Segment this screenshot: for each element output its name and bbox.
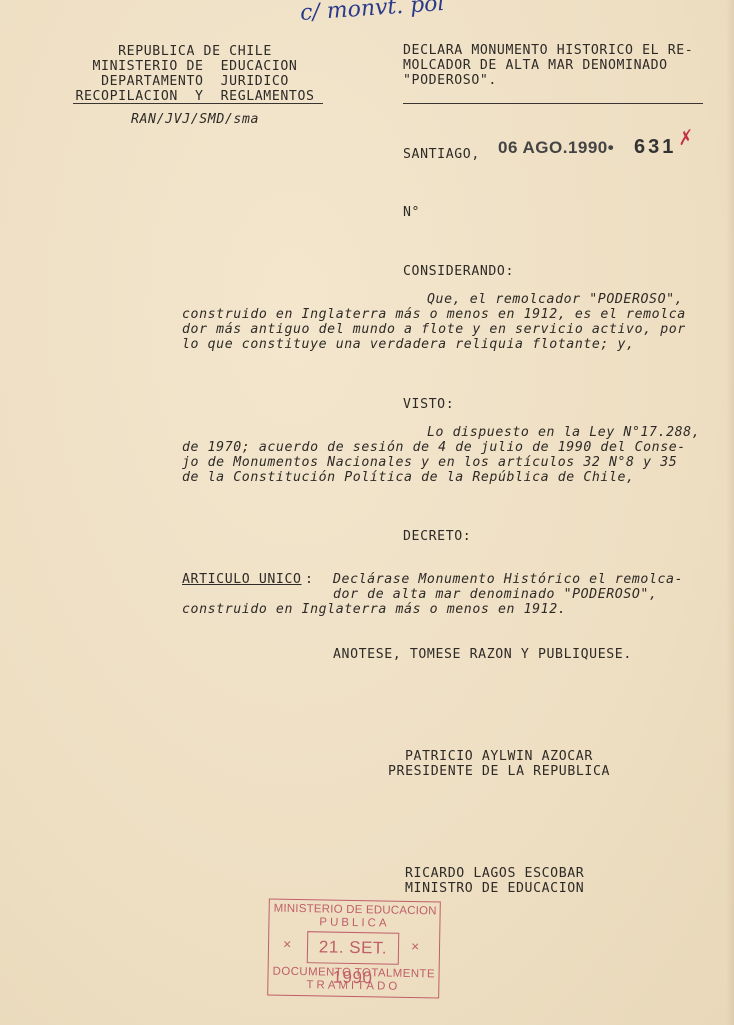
signatory-title: PRESIDENTE DE LA REPUBLICA	[388, 764, 610, 779]
visto-line: de 1970; acuerdo de sesión de 4 de julio…	[182, 440, 686, 455]
header-underline	[73, 103, 323, 104]
subject-line-3: "PODEROSO".	[403, 73, 497, 88]
date-stamp: 06 AGO.1990•	[498, 138, 614, 158]
number-label: N°	[403, 205, 420, 220]
subject-line-1: DECLARA MONUMENTO HISTORICO EL RE-	[403, 43, 693, 58]
article-separator: :	[305, 572, 314, 587]
visto-line: jo de Monumentos Nacionales y en los art…	[182, 455, 677, 470]
visto-line: de la Constitución Política de la Repúbl…	[182, 470, 635, 485]
article-line: construido en Inglaterra más o menos en …	[182, 602, 566, 617]
reference-initials: RAN/JVJ/SMD/sma	[60, 112, 330, 127]
stamp-x-icon: ×	[411, 938, 419, 954]
stamp-date: 21. SET. 1990	[307, 931, 400, 965]
visto-line: Lo dispuesto en la Ley N°17.288,	[427, 425, 700, 440]
signatory-name: RICARDO LAGOS ESCOBAR	[405, 866, 584, 881]
decreto-heading: DECRETO:	[403, 529, 471, 544]
stamp-tramitado: TRAMITADO	[268, 979, 438, 994]
considerando-line: lo que constituye una verdadera reliquia…	[182, 337, 635, 352]
document-page	[0, 0, 734, 1025]
visto-heading: VISTO:	[403, 397, 454, 412]
considerando-line: Que, el remolcador "PODEROSO",	[427, 292, 683, 307]
place-label: SANTIAGO,	[403, 147, 480, 162]
signatory-title: MINISTRO DE EDUCACION	[405, 881, 584, 896]
header-line-compilation: RECOPILACION Y REGLAMENTOS	[60, 89, 330, 104]
header-line-department: DEPARTAMENTO JURIDICO	[60, 74, 330, 89]
article-label: ARTICULO UNICO	[182, 572, 302, 587]
signatory-name: PATRICIO AYLWIN AZOCAR	[405, 749, 593, 764]
considerando-line: dor más antiguo del mundo a flote y en s…	[182, 322, 686, 337]
stamp-publica: PUBLICA	[269, 916, 439, 931]
processed-stamp: MINISTERIO DE EDUCACION PUBLICA × 21. SE…	[267, 899, 441, 999]
subject-rule	[403, 103, 703, 104]
considerando-heading: CONSIDERANDO:	[403, 264, 514, 279]
closing-formula: ANOTESE, TOMESE RAZON Y PUBLIQUESE.	[333, 647, 632, 662]
decree-number-stamp: 631	[634, 136, 676, 159]
stamp-x-icon: ×	[283, 936, 291, 952]
considerando-line: construido en Inglaterra más o menos en …	[182, 307, 686, 322]
subject-line-2: MOLCADOR DE ALTA MAR DENOMINADO	[403, 58, 668, 73]
header-line-republic: REPUBLICA DE CHILE	[60, 44, 330, 59]
article-line: Declárase Monumento Histórico el remolca…	[333, 572, 683, 587]
article-line: dor de alta mar denominado "PODEROSO",	[333, 587, 658, 602]
header-line-ministry: MINISTERIO DE EDUCACION	[60, 59, 330, 74]
